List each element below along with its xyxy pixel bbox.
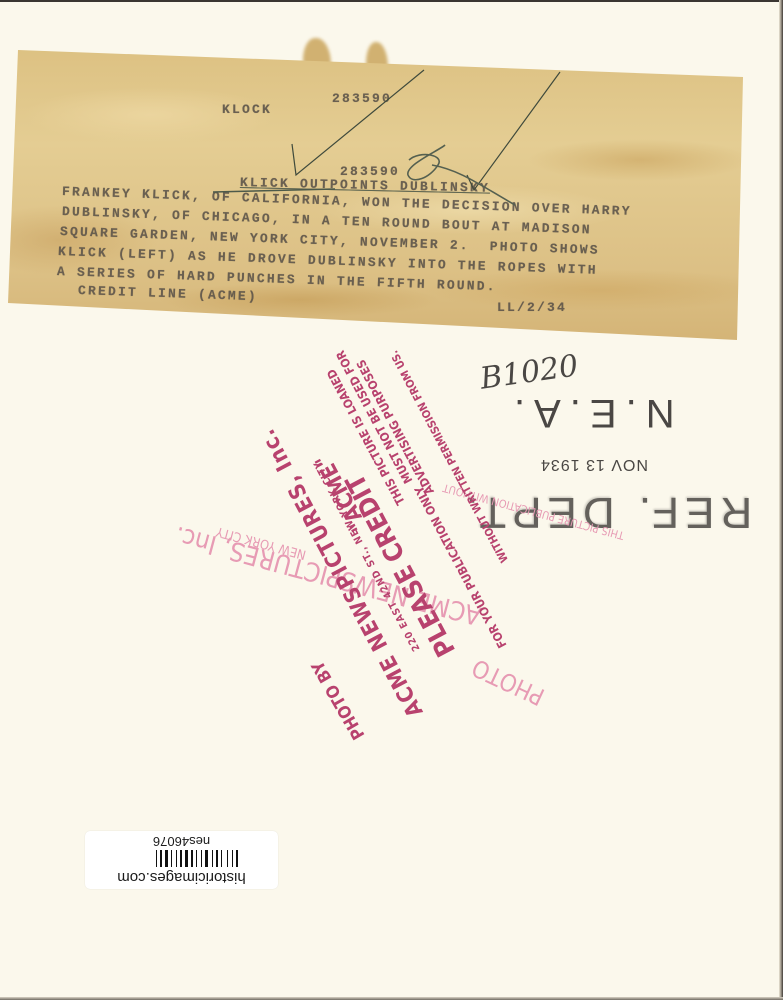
nea-stamp: N.E.A. [505,390,675,435]
faint-photo-stamp: PHOTO [468,653,549,711]
date-code: LL/2/34 [497,300,567,315]
photo-right-edge [779,0,783,1000]
credit-line: CREDIT LINE (ACME) [78,283,258,304]
received-date-stamp: NOV 13 1934 [540,455,648,473]
barcode-item-id: nes46076 [85,834,278,849]
negative-number-top: 283590 [332,91,392,106]
photo-by-stamp: PHOTO BY [308,657,369,743]
barcode-label: historicimages.com nes46076 [85,831,278,889]
subject-name: KLOCK [222,102,272,117]
barcode [123,850,238,867]
caption-clipping: KLOCK 283590 283590 KLICK OUTPOINTS DUBL… [0,0,783,360]
barcode-site-text: historicimages.com [85,869,278,886]
photo-top-edge [0,0,783,2]
